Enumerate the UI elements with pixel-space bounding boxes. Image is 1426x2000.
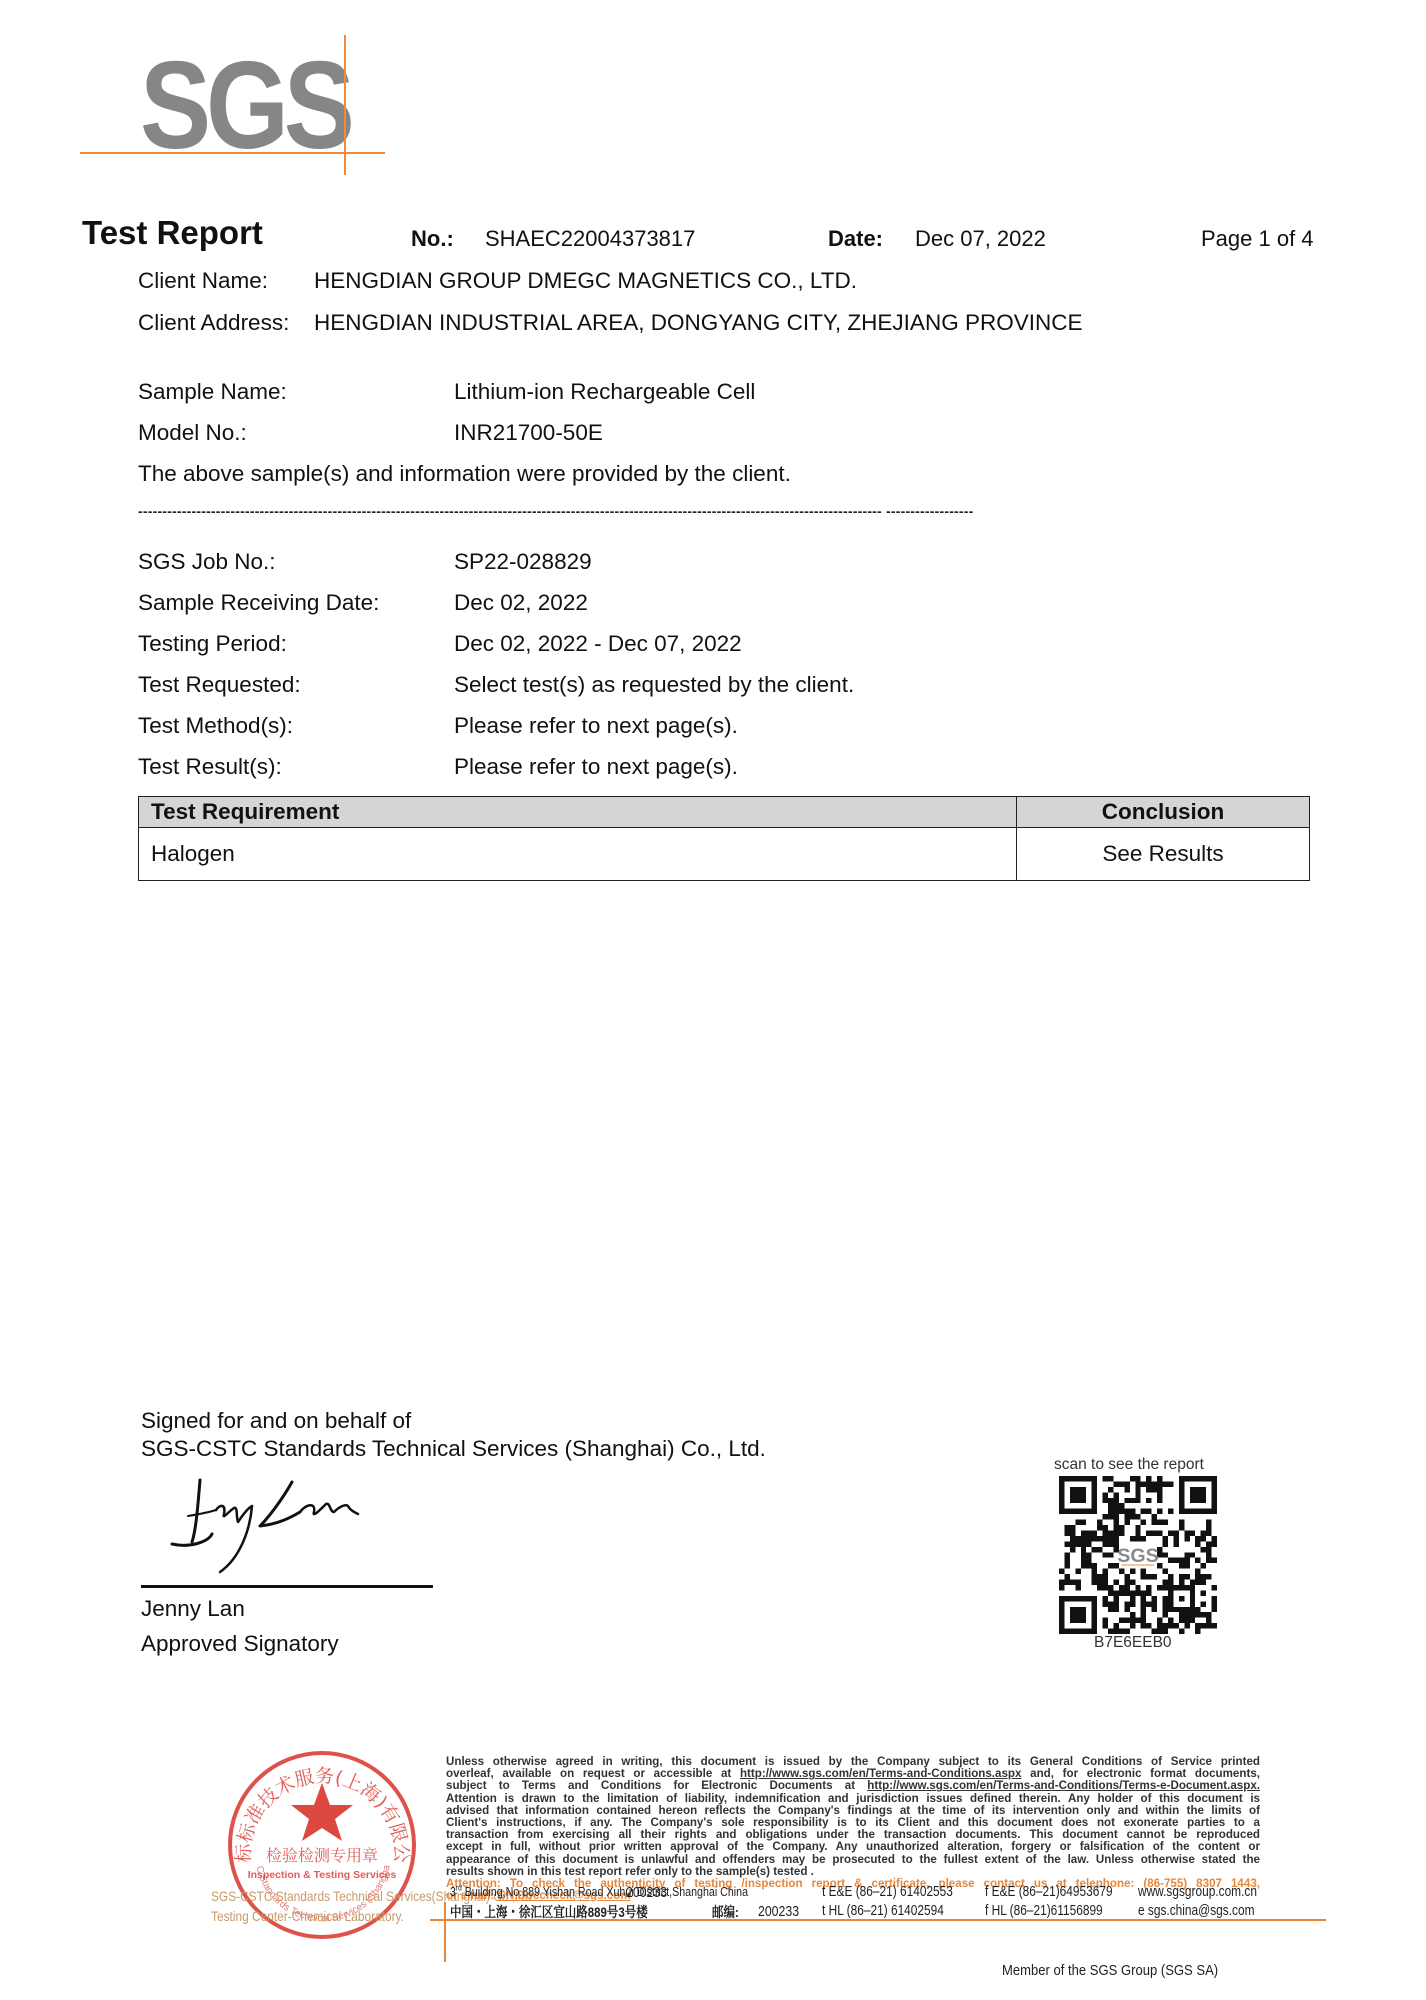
job-row-label: SGS Job No.: — [138, 549, 276, 575]
qr-code[interactable]: SGS — [1058, 1476, 1218, 1634]
test-requirement-table: Test Requirement Conclusion Halogen See … — [138, 796, 1310, 881]
logo-horizontal-rule — [80, 152, 385, 154]
logo-vertical-rule — [344, 35, 346, 175]
model-no-value: INR21700-50E — [454, 420, 603, 446]
qr-caption: scan to see the report — [1054, 1456, 1204, 1474]
report-title: Test Report — [82, 214, 263, 252]
job-row-value: Dec 02, 2022 — [454, 590, 588, 616]
email-link[interactable]: e sgs.china@sgs.com — [1138, 1903, 1254, 1919]
signed-for-text: Signed for and on behalf of — [141, 1408, 411, 1434]
job-row-label: Test Requested: — [138, 672, 301, 698]
column-header-conclusion: Conclusion — [1017, 797, 1310, 828]
table-header-row: Test Requirement Conclusion — [139, 797, 1310, 828]
client-address-label: Client Address: — [138, 310, 289, 336]
sgs-logo: SGS — [80, 30, 390, 170]
client-name-value: HENGDIAN GROUP DMEGC MAGNETICS CO., LTD. — [314, 268, 857, 294]
address-cn-zip: 200233 — [758, 1903, 799, 1920]
terms-link[interactable]: http://www.sgs.com/en/Terms-and-Conditio… — [740, 1767, 1022, 1780]
report-number-label: No.: — [411, 226, 454, 252]
report-date: Dec 07, 2022 — [915, 226, 1046, 252]
job-row-label: Test Method(s): — [138, 713, 293, 739]
terms-link[interactable]: http://www.sgs.com/en/Terms-and-Conditio… — [867, 1779, 1260, 1792]
sample-note: The above sample(s) and information were… — [138, 461, 791, 487]
telephone-ee: t E&E (86–21) 61402553 — [822, 1884, 953, 1900]
signing-company: SGS-CSTC Standards Technical Services (S… — [141, 1436, 766, 1462]
sgs-group-membership: Member of the SGS Group (SGS SA) — [1002, 1963, 1218, 1979]
address-cn: 中国・上海・徐汇区宜山路889号3号楼 — [450, 1902, 648, 1922]
test-requirement-cell: Halogen — [139, 828, 1017, 881]
sample-name-value: Lithium-ion Rechargeable Cell — [454, 379, 755, 405]
svg-text:Inspection & Testing Services: Inspection & Testing Services — [248, 1869, 397, 1881]
job-row-label: Testing Period: — [138, 631, 287, 657]
telephone-hl: t HL (86–21) 61402594 — [822, 1903, 944, 1919]
address-en: 3rd Building,No.889 Yishan Road Xuhui Di… — [450, 1884, 748, 1899]
lab-name-line2: Testing Center-Chemical Laboratory. — [211, 1908, 404, 1924]
job-row-value: Please refer to next page(s). — [454, 713, 738, 739]
table-row: Halogen See Results — [139, 828, 1310, 881]
column-header-test-requirement: Test Requirement — [139, 797, 1017, 828]
sample-name-label: Sample Name: — [138, 379, 287, 405]
svg-text:检验检测专用章: 检验检测专用章 — [266, 1846, 378, 1865]
sgs-logo-text: SGS — [140, 44, 350, 168]
job-row-value: Select test(s) as requested by the clien… — [454, 672, 854, 698]
client-name-label: Client Name: — [138, 268, 268, 294]
report-date-label: Date: — [828, 226, 883, 252]
legal-disclaimer: Unless otherwise agreed in writing, this… — [446, 1756, 1260, 1902]
footer-vertical-rule — [444, 1902, 446, 1962]
job-row-label: Sample Receiving Date: — [138, 590, 379, 616]
report-number: SHAEC22004373817 — [485, 226, 695, 252]
dashed-separator: ----------------------------------------… — [138, 503, 974, 519]
page-indicator: Page 1 of 4 — [1201, 226, 1314, 252]
model-no-label: Model No.: — [138, 420, 247, 446]
handwritten-signature — [160, 1460, 420, 1580]
signature-line — [141, 1585, 433, 1588]
conclusion-cell: See Results — [1017, 828, 1310, 881]
job-row-label: Test Result(s): — [138, 754, 282, 780]
signatory-name: Jenny Lan — [141, 1596, 245, 1622]
fax-hl: f HL (86–21)61156899 — [985, 1903, 1103, 1919]
website-link[interactable]: www.sgsgroup.com.cn — [1138, 1884, 1257, 1900]
job-row-value: Please refer to next page(s). — [454, 754, 738, 780]
address-cn-zip-label: 邮编: — [712, 1902, 739, 1922]
fax-ee: f E&E (86–21)64953679 — [985, 1884, 1113, 1900]
job-row-value: Dec 02, 2022 - Dec 07, 2022 — [454, 631, 742, 657]
qr-verification-code: B7E6EEB0 — [1094, 1634, 1172, 1652]
address-en-zip: 200233 — [626, 1884, 667, 1901]
svg-text:SGS: SGS — [1117, 1545, 1158, 1567]
client-address-value: HENGDIAN INDUSTRIAL AREA, DONGYANG CITY,… — [314, 310, 1082, 336]
job-row-value: SP22-028829 — [454, 549, 592, 575]
signatory-role: Approved Signatory — [141, 1631, 339, 1657]
